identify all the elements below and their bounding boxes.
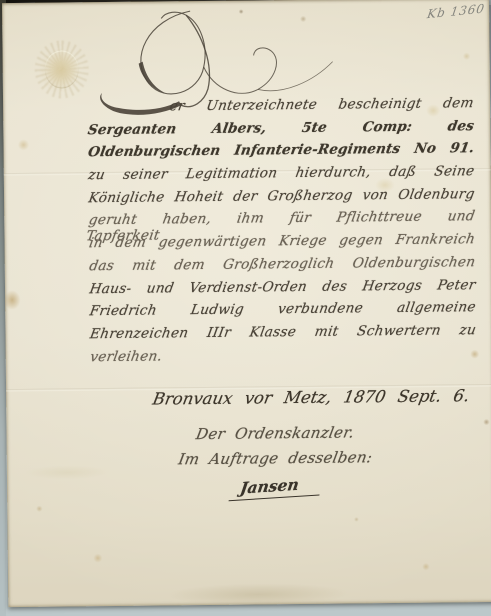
signature: Jansen: [228, 473, 322, 501]
paper-sheet: Kb 1360 D er Unterzeichnete bescheinigt …: [2, 0, 491, 607]
closing-block: Der Ordenskanzler. Im Auftrage desselben…: [90, 422, 459, 476]
archival-number: Kb 1360: [426, 1, 486, 21]
closing-title: Der Ordenskanzler.: [88, 422, 461, 451]
embossed-seal-icon: [30, 36, 93, 103]
certificate-text: er Unterzeichnete bescheinigt dem Sergea…: [87, 95, 476, 371]
closing-by-order: Im Auftrage desselben:: [89, 447, 462, 476]
text-line: das mit dem Großherzoglich Oldenburgisch…: [87, 254, 477, 281]
signature-area: Jansen: [91, 474, 459, 500]
text-line: verleihen.: [88, 345, 478, 372]
document-photo: Kb 1360 D er Unterzeichnete bescheinigt …: [0, 0, 491, 616]
dateline: Bronvaux vor Metz, 1870 Sept. 6.: [144, 386, 477, 408]
